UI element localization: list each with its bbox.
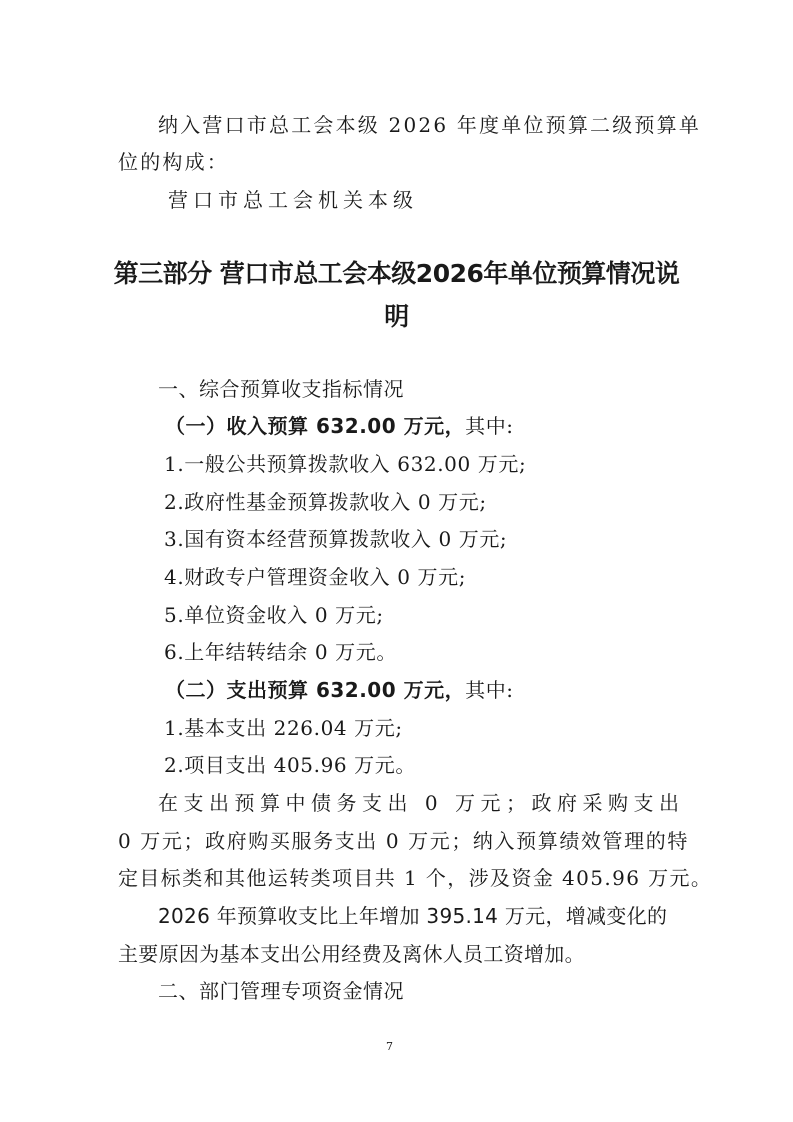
change-paragraph-line-1: 2026 年预算收支比上年增加 395.14 万元，增减变化的 — [158, 904, 714, 928]
income-item-5: 5.单位资金收入 0 万元; — [164, 603, 720, 627]
part-title-line-2: 明 — [100, 302, 693, 332]
income-heading: （一）收入预算 632.00 万元，其中: — [165, 414, 721, 438]
debt-paragraph-line-3: 定目标类和其他运转类项目共 1 个，涉及资金 405.96 万元。 — [118, 866, 674, 890]
change-paragraph-line-2: 主要原因为基本支出公用经费及离休人员工资增加。 — [118, 942, 674, 966]
intro-paragraph-line-2: 位的构成： — [118, 150, 674, 174]
income-item-4: 4.财政专户管理资金收入 0 万元; — [164, 565, 720, 589]
income-item-1: 1.一般公共预算拨款收入 632.00 万元; — [164, 452, 720, 476]
document-page: 纳入营口市总工会本级 2026 年度单位预算二级预算单 位的构成： 营口市总工会… — [0, 0, 793, 1122]
part-title-line-1: 第三部分 营口市总工会本级2026年单位预算情况说 — [100, 259, 693, 289]
income-item-3: 3.国有资本经营预算拨款收入 0 万元; — [164, 527, 720, 551]
section-1-heading: 一、综合预算收支指标情况 — [158, 377, 714, 401]
debt-paragraph-line-1: 在支出预算中债务支出 0 万元；政府采购支出 — [158, 791, 714, 815]
unit-name: 营口市总工会机关本级 — [168, 188, 724, 212]
expense-heading-tail: 其中: — [465, 678, 514, 702]
page-number: 7 — [386, 1040, 393, 1053]
section-2-heading: 二、部门管理专项资金情况 — [158, 979, 714, 1003]
income-item-6: 6.上年结转结余 0 万元。 — [164, 640, 720, 664]
expense-item-1: 1.基本支出 226.04 万元; — [164, 716, 720, 740]
debt-paragraph-line-2: 0 万元；政府购买服务支出 0 万元；纳入预算绩效管理的特 — [118, 829, 674, 853]
income-heading-bold: （一）收入预算 632.00 万元， — [165, 414, 465, 438]
intro-paragraph-line-1: 纳入营口市总工会本级 2026 年度单位预算二级预算单 — [158, 113, 714, 137]
income-item-2: 2.政府性基金预算拨款收入 0 万元; — [164, 490, 720, 514]
expense-heading: （二）支出预算 632.00 万元，其中: — [165, 678, 721, 702]
income-heading-tail: 其中: — [465, 414, 514, 438]
expense-heading-bold: （二）支出预算 632.00 万元， — [165, 678, 465, 702]
expense-item-2: 2.项目支出 405.96 万元。 — [164, 753, 720, 777]
